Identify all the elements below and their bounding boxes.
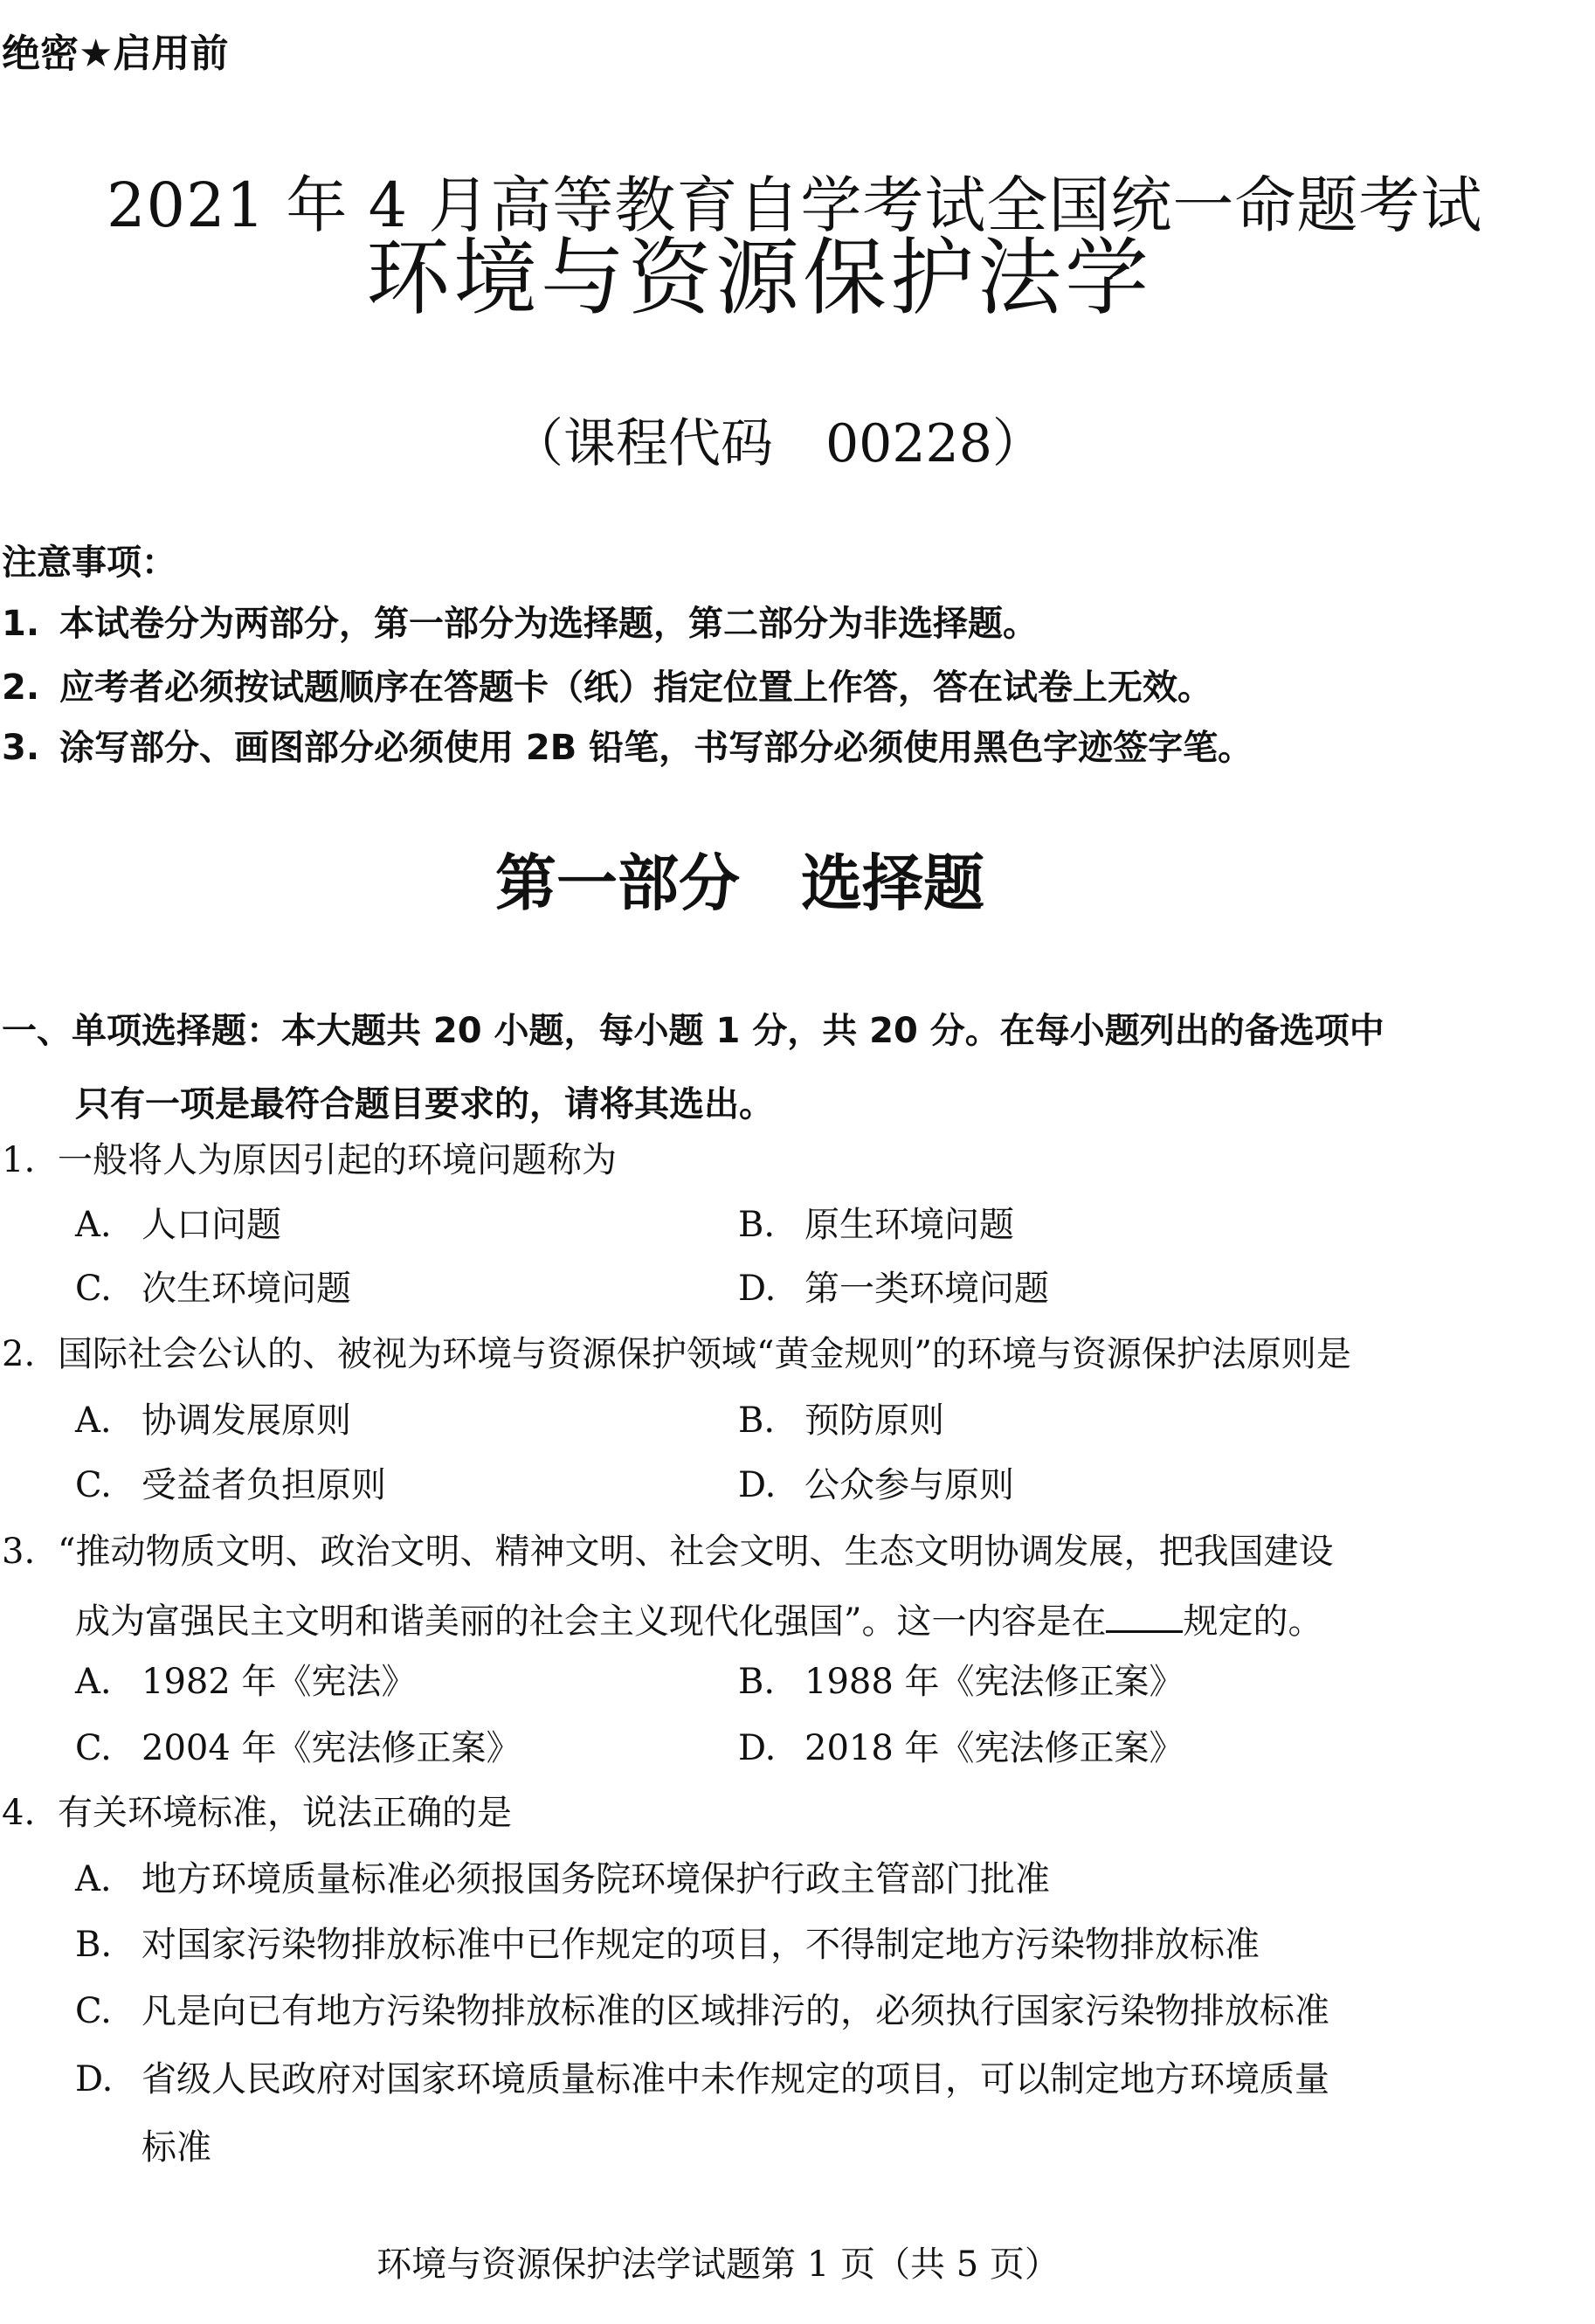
option-text: 1988 年《宪法修正案》	[804, 1662, 1184, 1702]
question-4: 4.有关环境标准，说法正确的是	[2, 1795, 512, 1830]
option-marker: C.	[75, 1731, 142, 1766]
option-text: 次生环境问题	[142, 1269, 351, 1309]
option-b: B.对国家污染物排放标准中已作规定的项目，不得制定地方污染物排放标准	[75, 1927, 1260, 1962]
note-number: 1.	[2, 606, 59, 641]
option-c: C.次生环境问题	[75, 1271, 351, 1306]
option-d-cont: 标准	[142, 2130, 211, 2165]
part-title: 第一部分	[495, 847, 740, 919]
question-number: 3.	[2, 1534, 58, 1569]
question-stem-cont: 成为富强民主文明和谐美丽的社会主义现代化强国”。这一内容是在	[75, 1601, 1106, 1642]
option-marker: D.	[75, 2062, 142, 2097]
course-code: （课程代码 00228）	[511, 418, 940, 470]
page-footer: 环境与资源保护法学试题第 1 页（共 5 页）	[367, 2247, 1069, 2282]
note-number: 2.	[2, 670, 59, 705]
option-text: 人口问题	[142, 1205, 281, 1245]
option-b: B.原生环境问题	[738, 1207, 1014, 1242]
option-marker: A.	[75, 1403, 142, 1438]
option-a: A.协调发展原则	[75, 1403, 351, 1438]
option-marker: B.	[738, 1664, 804, 1699]
option-a: A.1982 年《宪法》	[75, 1664, 417, 1699]
note-text: 涂写部分、画图部分必须使用 2B 铅笔，书写部分必须使用黑色字迹签字笔。	[59, 728, 1253, 768]
section-instructions: 一、单项选择题：本大题共 20 小题，每小题 1 分，共 20 分。在每小题列出…	[2, 1013, 1384, 1048]
option-text: 对国家污染物排放标准中已作规定的项目，不得制定地方污染物排放标准	[142, 1925, 1260, 1965]
option-a: A.人口问题	[75, 1207, 281, 1242]
question-stem: 有关环境标准，说法正确的是	[58, 1793, 512, 1833]
option-text: 2004 年《宪法修正案》	[142, 1728, 521, 1768]
note-text: 应考者必须按试题顺序在答题卡（纸）指定位置上作答，答在试卷上无效。	[59, 667, 1212, 708]
option-text: 预防原则	[804, 1401, 944, 1441]
option-marker: B.	[738, 1207, 804, 1242]
question-number: 2.	[2, 1337, 58, 1372]
option-text: 协调发展原则	[142, 1401, 351, 1441]
option-marker: C.	[75, 1468, 142, 1503]
part-subtitle: 选择题	[801, 847, 984, 919]
answer-blank	[1106, 1599, 1183, 1633]
option-marker: A.	[75, 1207, 142, 1242]
option-text: 1982 年《宪法》	[142, 1662, 417, 1702]
option-d: D.省级人民政府对国家环境质量标准中未作规定的项目，可以制定地方环境质量	[75, 2062, 1329, 2097]
note-text: 本试卷分为两部分，第一部分为选择题，第二部分为非选择题。	[59, 604, 1038, 644]
option-b: B.预防原则	[738, 1403, 944, 1438]
option-text: 地方环境质量标准必须报国务院环境保护行政主管部门批准	[142, 1859, 1050, 1899]
subject-title: 环境与资源保护法学	[366, 236, 1083, 320]
option-text: 受益者负担原则	[142, 1465, 386, 1505]
notes-heading: 注意事项：	[2, 545, 176, 580]
part-heading: 第一部分选择题	[495, 853, 959, 914]
exam-title: 2021 年 4 月高等教育自学考试全国统一命题考试	[107, 175, 1343, 236]
option-marker: D.	[738, 1731, 804, 1766]
note-item: 1.本试卷分为两部分，第一部分为选择题，第二部分为非选择题。	[2, 606, 1038, 641]
option-c: C.受益者负担原则	[75, 1468, 386, 1503]
option-d: D.第一类环境问题	[738, 1271, 1049, 1306]
option-c: C.2004 年《宪法修正案》	[75, 1731, 521, 1766]
option-marker: B.	[738, 1403, 804, 1438]
option-d: D.公众参与原则	[738, 1468, 1014, 1503]
option-marker: A.	[75, 1664, 142, 1699]
option-marker: C.	[75, 1994, 142, 2029]
note-item: 3.涂写部分、画图部分必须使用 2B 铅笔，书写部分必须使用黑色字迹签字笔。	[2, 730, 1253, 765]
option-marker: D.	[738, 1468, 804, 1503]
option-d: D.2018 年《宪法修正案》	[738, 1731, 1184, 1766]
option-marker: D.	[738, 1271, 804, 1306]
option-text: 2018 年《宪法修正案》	[804, 1728, 1184, 1768]
option-marker: C.	[75, 1271, 142, 1306]
option-a: A.地方环境质量标准必须报国务院环境保护行政主管部门批准	[75, 1862, 1050, 1897]
option-marker: A.	[75, 1862, 142, 1897]
question-stem: “推动物质文明、政治文明、精神文明、社会文明、生态文明协调发展，把我国建设	[58, 1532, 1333, 1572]
option-text: 公众参与原则	[804, 1465, 1014, 1505]
option-c: C.凡是向已有地方污染物排放标准的区域排污的，必须执行国家污染物排放标准	[75, 1994, 1329, 2029]
question-number: 1.	[2, 1143, 58, 1178]
question-1: 1.一般将人为原因引起的环境问题称为	[2, 1143, 617, 1178]
question-stem: 国际社会公认的、被视为环境与资源保护领域“黄金规则”的环境与资源保护法原则是	[58, 1334, 1351, 1374]
section-instructions-cont: 只有一项是最符合题目要求的，请将其选出。	[75, 1087, 774, 1122]
option-text: 第一类环境问题	[804, 1269, 1049, 1309]
option-text: 凡是向已有地方污染物排放标准的区域排污的，必须执行国家污染物排放标准	[142, 1991, 1329, 2031]
option-b: B.1988 年《宪法修正案》	[738, 1664, 1184, 1699]
option-marker: B.	[75, 1927, 142, 1962]
note-item: 2.应考者必须按试题顺序在答题卡（纸）指定位置上作答，答在试卷上无效。	[2, 670, 1212, 705]
question-stem: 一般将人为原因引起的环境问题称为	[58, 1140, 617, 1180]
question-3-cont: 成为富强民主文明和谐美丽的社会主义现代化强国”。这一内容是在规定的。	[75, 1599, 1322, 1639]
option-text: 省级人民政府对国家环境质量标准中未作规定的项目，可以制定地方环境质量	[142, 2059, 1329, 2099]
confidential-label: 绝密★启用前	[2, 35, 228, 73]
question-3: 3.“推动物质文明、政治文明、精神文明、社会文明、生态文明协调发展，把我国建设	[2, 1534, 1333, 1569]
question-number: 4.	[2, 1795, 58, 1830]
question-2: 2.国际社会公认的、被视为环境与资源保护领域“黄金规则”的环境与资源保护法原则是	[2, 1337, 1351, 1372]
question-stem-end: 规定的。	[1183, 1601, 1322, 1642]
option-text: 原生环境问题	[804, 1205, 1014, 1245]
note-number: 3.	[2, 730, 59, 765]
